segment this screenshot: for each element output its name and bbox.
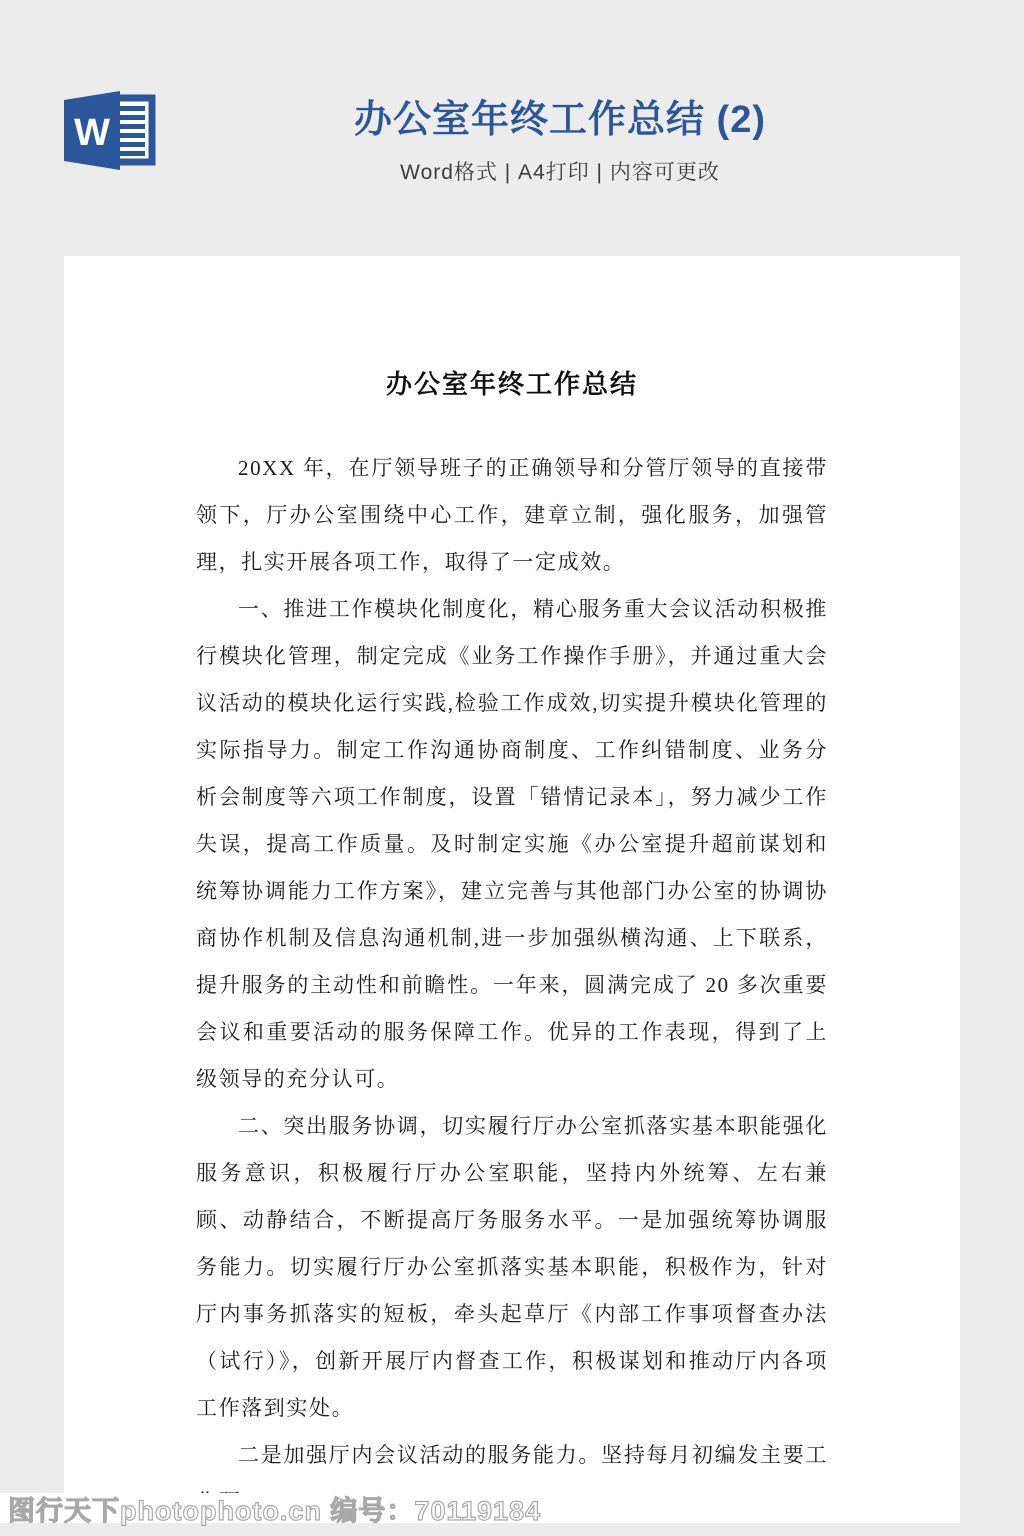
template-subtitle: Word格式 | A4打印 | 内容可更改 [96, 156, 1024, 186]
template-preview-page: W 办公室年终工作总结 (2) Word格式 | A4打印 | 内容可更改 办公… [0, 0, 1024, 1536]
watermark-band: 图行天下photophoto.cn 编号：70119184 [0, 1493, 960, 1523]
document-paragraph-1: 20XX 年，在厅领导班子的正确领导和分管厅领导的直接带领下，厅办公室围绕中心工… [196, 445, 828, 586]
document-paragraph-3: 二、突出服务协调，切实履行厅办公室抓落实基本职能强化服务意识，积极履行厅办公室职… [196, 1103, 828, 1432]
template-title: 办公室年终工作总结 (2) [96, 96, 1024, 144]
document-paragraph-2: 一、推进工作模块化制度化，精心服务重大会议活动积极推行模块化管理，制定完成《业务… [196, 586, 828, 1103]
document-page: 办公室年终工作总结 20XX 年，在厅领导班子的正确领导和分管厅领导的直接带领下… [64, 256, 960, 1522]
watermark-text: 图行天下photophoto.cn 编号：70119184 [8, 1489, 541, 1528]
document-title: 办公室年终工作总结 [196, 364, 828, 401]
document-body: 20XX 年，在厅领导班子的正确领导和分管厅领导的直接带领下，厅办公室围绕中心工… [196, 445, 828, 1526]
header: 办公室年终工作总结 (2) Word格式 | A4打印 | 内容可更改 [96, 96, 1024, 186]
